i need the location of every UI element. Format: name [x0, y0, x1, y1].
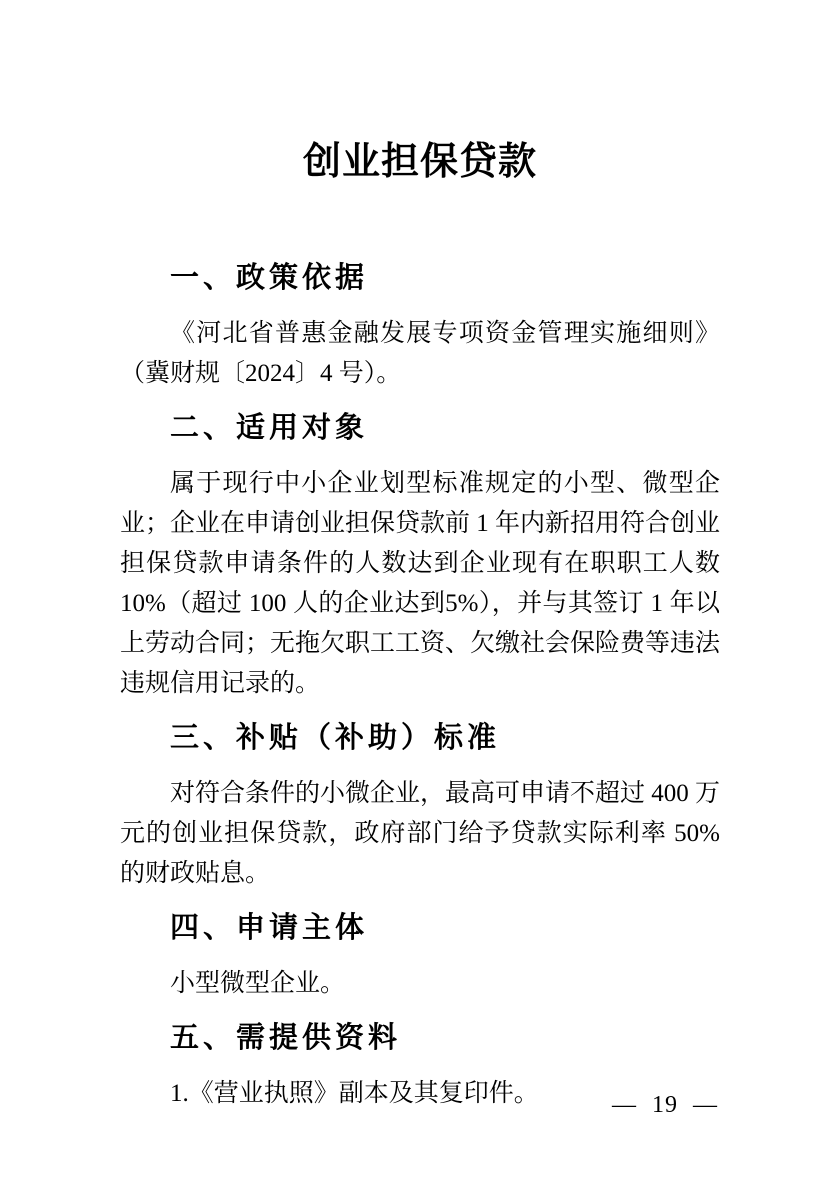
section-subsidy-standard: 三、补贴（补助）标准 对符合条件的小微企业，最高可申请不超过 400 万元的创业… [120, 722, 720, 894]
document-title: 创业担保贷款 [120, 142, 720, 182]
section-heading-policy-basis: 一、政策依据 [120, 262, 720, 294]
paragraph-applicant: 小型微型企业。 [120, 964, 720, 1004]
paragraph-subsidy-standard: 对符合条件的小微企业，最高可申请不超过 400 万元的创业担保贷款，政府部门给予… [120, 774, 720, 894]
section-applicable-targets: 二、适用对象 属于现行中小企业划型标准规定的小型、微型企业；企业在申请创业担保贷… [120, 412, 720, 704]
paragraph-applicable-targets: 属于现行中小企业划型标准规定的小型、微型企业；企业在申请创业担保贷款前 1 年内… [120, 464, 720, 704]
page-number: — 19 — [612, 1092, 718, 1118]
section-applicant: 四、申请主体 小型微型企业。 [120, 912, 720, 1004]
paragraph-policy-basis: 《河北省普惠金融发展专项资金管理实施细则》（冀财规〔2024〕4 号）。 [120, 314, 720, 394]
section-heading-applicant: 四、申请主体 [120, 912, 720, 944]
section-heading-required-materials: 五、需提供资料 [120, 1022, 720, 1054]
section-heading-applicable-targets: 二、适用对象 [120, 412, 720, 444]
document-page: 创业担保贷款 一、政策依据 《河北省普惠金融发展专项资金管理实施细则》（冀财规〔… [0, 0, 840, 1190]
section-heading-subsidy-standard: 三、补贴（补助）标准 [120, 722, 720, 754]
section-policy-basis: 一、政策依据 《河北省普惠金融发展专项资金管理实施细则》（冀财规〔2024〕4 … [120, 262, 720, 394]
document-content: 创业担保贷款 一、政策依据 《河北省普惠金融发展专项资金管理实施细则》（冀财规〔… [0, 142, 840, 1114]
page-footer: — 19 — [612, 1090, 722, 1120]
